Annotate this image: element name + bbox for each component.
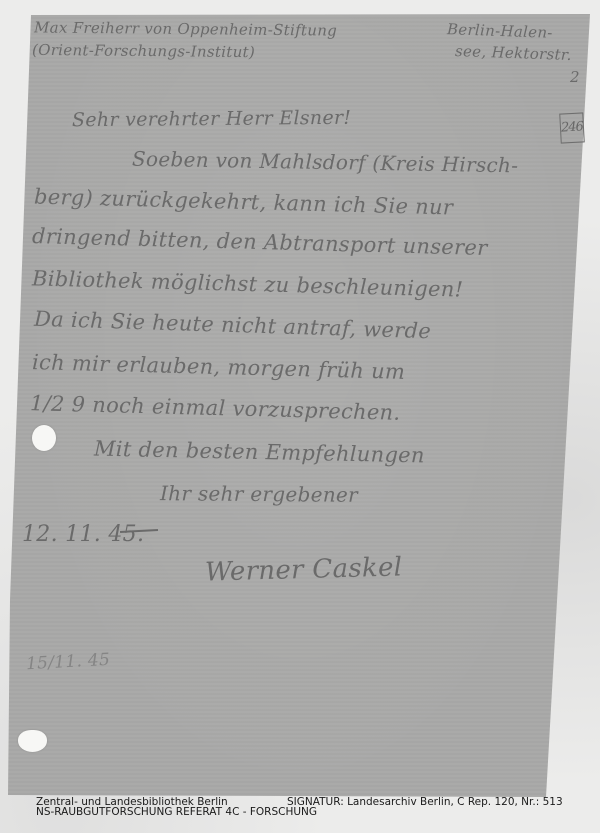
address-line-3: 2 bbox=[570, 68, 580, 86]
sender-name: Max Freiherr von Oppenheim-Stiftung bbox=[34, 18, 337, 39]
closing-line-2: Ihr sehr ergebener bbox=[160, 481, 358, 507]
punch-hole-upper bbox=[32, 425, 56, 451]
letter-date: 12. 11. 45. bbox=[22, 522, 144, 547]
punch-hole-lower bbox=[18, 730, 47, 752]
footer-signatur: SIGNATUR: Landesarchiv Berlin, C Rep. 12… bbox=[287, 797, 563, 808]
footer-department: NS-RAUBGUTFORSCHUNG REFERAT 4C - FORSCHU… bbox=[36, 807, 317, 818]
salutation: Sehr verehrter Herr Elsner! bbox=[72, 107, 351, 131]
page-number-stamp: 246 bbox=[559, 112, 585, 143]
sender-institute: (Orient-Forschungs-Institut) bbox=[32, 41, 255, 61]
signature: Werner Caskel bbox=[205, 552, 403, 587]
address-line-1: Berlin-Halen- bbox=[447, 20, 553, 42]
